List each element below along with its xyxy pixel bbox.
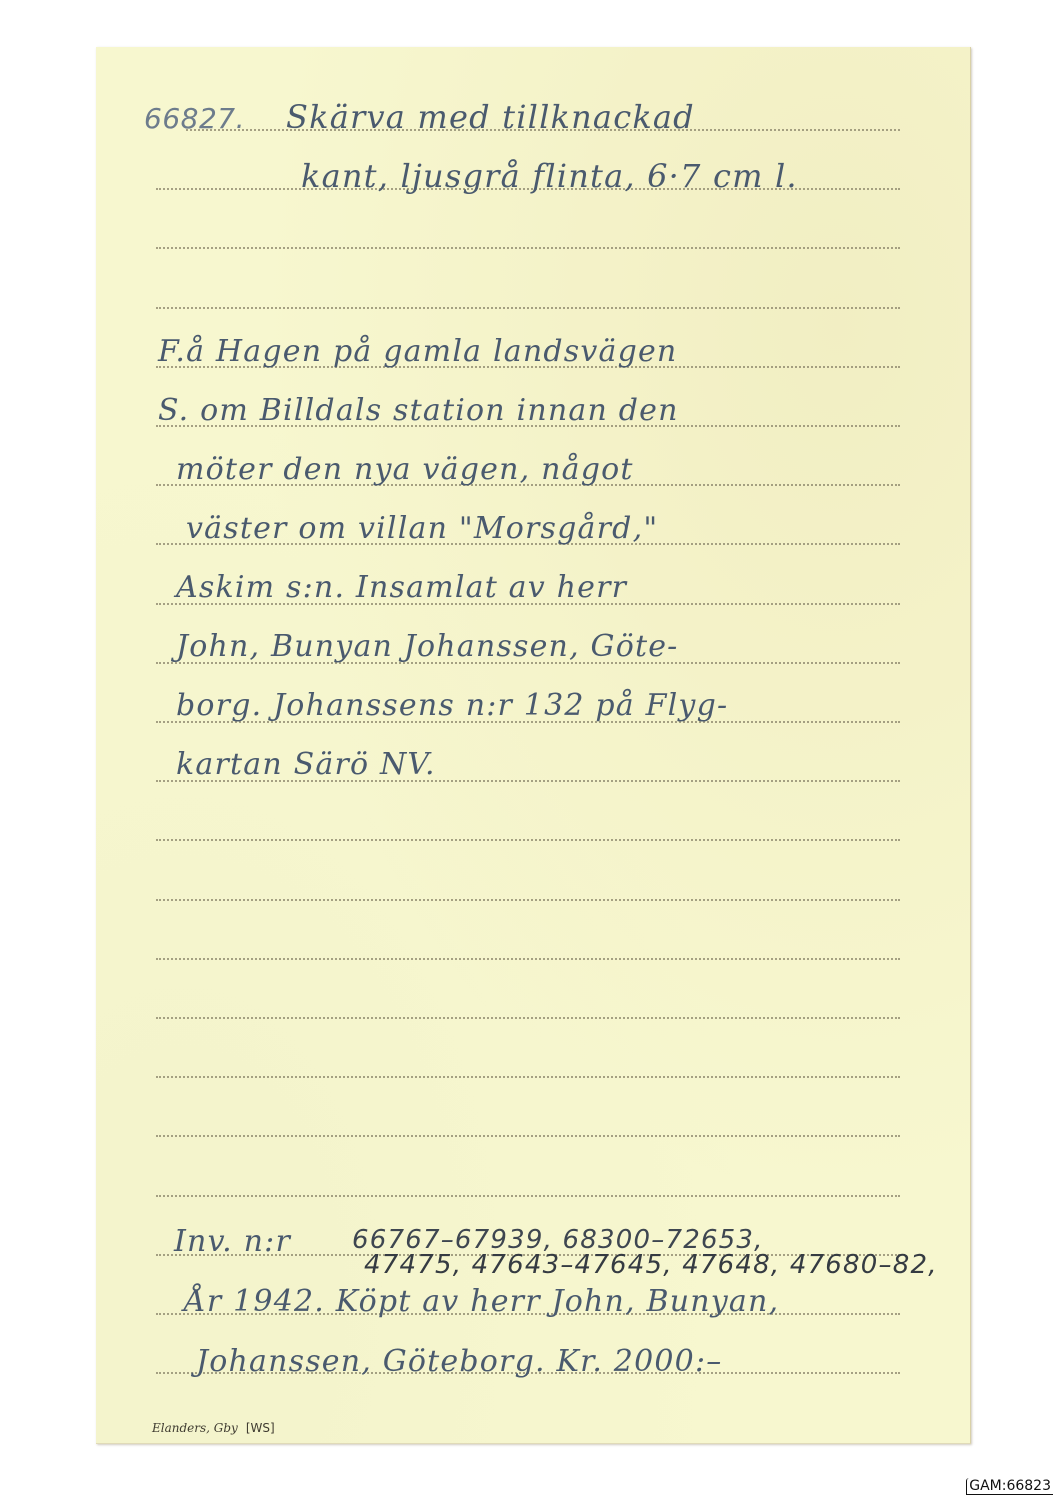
findspot-line-1: F.å Hagen på gamla landsvägen	[158, 337, 677, 367]
ruled-line	[156, 899, 900, 901]
printer-code: [WS]	[246, 1421, 275, 1435]
acquisition-line-1: År 1942. Köpt av herr John, Bunyan,	[184, 1287, 779, 1317]
ruled-line	[156, 958, 900, 960]
archive-id-label: GAM:66823	[966, 1478, 1053, 1495]
ruled-line	[156, 1076, 900, 1078]
findspot-line-8: kartan Särö NV.	[176, 750, 436, 780]
ruled-line	[156, 1017, 900, 1019]
catalog-number: 66827.	[144, 105, 245, 133]
printer-mark: Elanders, Gby[WS]	[152, 1421, 275, 1435]
acquisition-line-2: Johanssen, Göteborg. Kr. 2000:–	[196, 1347, 722, 1377]
ruled-line	[156, 1135, 900, 1137]
printer-name: Elanders, Gby	[152, 1421, 238, 1435]
findspot-line-6: John, Bunyan Johanssen, Göte-	[176, 632, 679, 662]
findspot-line-5: Askim s:n. Insamlat av herr	[176, 573, 627, 603]
inventory-numbers-line-2: 47475, 47643–47645, 47648, 47680–82,	[364, 1252, 938, 1278]
findspot-line-2: S. om Billdals station innan den	[158, 396, 679, 426]
description-line-2: kant, ljusgrå flinta, 6·7 cm l.	[301, 160, 798, 192]
ruled-line	[156, 307, 900, 309]
findspot-line-3: möter den nya vägen, något	[176, 455, 634, 485]
findspot-line-7: borg. Johanssens n:r 132 på Flyg-	[176, 691, 728, 721]
inventory-label: Inv. n:r	[174, 1227, 291, 1257]
ruled-line	[156, 247, 900, 249]
ruled-line	[156, 839, 900, 841]
description-line-1: Skärva med tillknackad	[286, 101, 695, 133]
catalog-card: 66827. Skärva med tillknackad kant, ljus…	[96, 47, 971, 1444]
ruled-line	[156, 1195, 900, 1197]
findspot-line-4: väster om villan "Morsgård,"	[186, 514, 658, 544]
